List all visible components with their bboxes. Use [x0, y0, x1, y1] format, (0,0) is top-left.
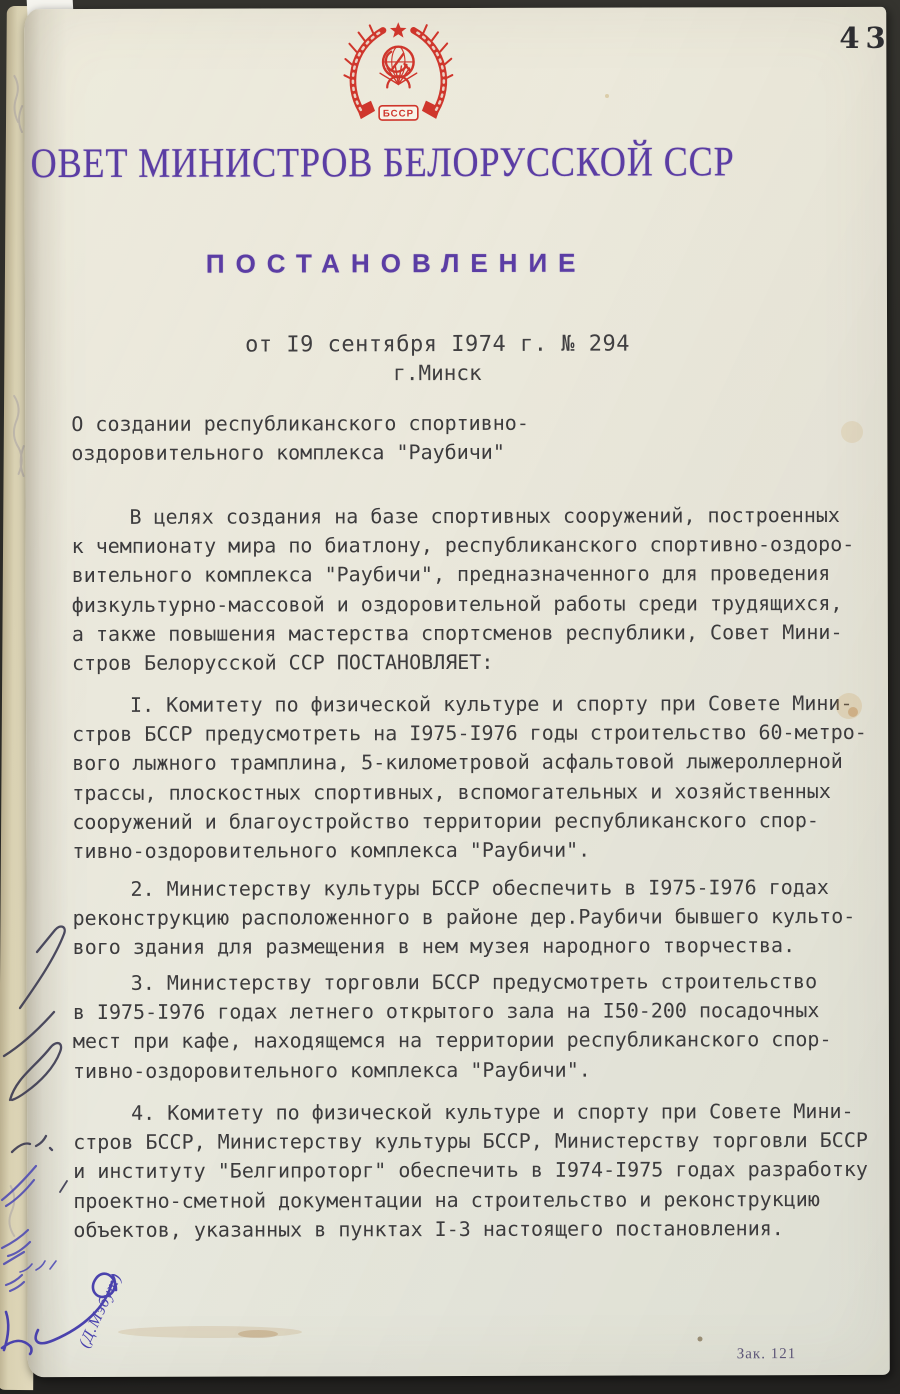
text-line: к чемпионату мира по биатлону, республик… [72, 530, 884, 561]
page-number: 43 [839, 21, 891, 55]
date-number-line: от I9 сентября I974 г. № 294 [245, 332, 630, 358]
document-page: 43 [24, 7, 890, 1377]
text-line: тивно-оздоровительного комплекса "Раубич… [72, 835, 884, 866]
document-type-heading: ПОСТАНОВЛЕНИЕ [206, 248, 587, 280]
text-line: и институту "Белгипроторг" обеспечить в … [73, 1155, 885, 1186]
text-line: 3. Министерству торговли БССР предусмотр… [73, 967, 885, 998]
text-line: вительного комплекса "Раубичи", предназн… [72, 559, 884, 590]
city-line: г.Минск [393, 361, 482, 385]
archival-scan: 43 [0, 0, 900, 1394]
organization-title: ОВЕТ МИНИСТРОВ БЕЛОРУССКОЙ ССР [31, 138, 735, 188]
text-line: стров БССР предусмотреть на I975-I976 го… [72, 718, 884, 749]
bssr-coat-of-arms-emblem: БССР [342, 20, 454, 126]
text-line: стров Белорусской ССР ПОСТАНОВЛЯЕТ: [72, 647, 884, 678]
text-line: в I975-I976 годах летнего открытого зала… [73, 996, 885, 1027]
text-line: объектов, указанных в пунктах I-3 настоя… [73, 1214, 885, 1245]
text-line: сооружений и благоустройство территории … [72, 806, 884, 837]
text-line: реконструкцию расположенного в районе де… [73, 902, 885, 933]
text-line: I. Комитету по физической культуре и спо… [72, 689, 884, 720]
text-line: физкультурно-массовой и оздоровительной … [72, 588, 884, 619]
text-line: О создании республиканского спортивно- [71, 408, 883, 439]
text-line: а также повышения мастерства спортсменов… [72, 618, 884, 649]
item-1-paragraph: I. Комитету по физической культуре и спо… [72, 689, 884, 866]
text-line: трассы, плоскостных спортивных, вспомога… [72, 776, 884, 807]
text-line: оздоровительного комплекса "Раубичи" [71, 437, 883, 468]
text-line: проектно-сметной документации на строите… [73, 1184, 885, 1215]
item-4-paragraph: 4. Комитету по физической культуре и спо… [73, 1097, 885, 1245]
star-icon [390, 22, 407, 37]
text-line: стров БССР, Министерству культуры БССР, … [73, 1126, 885, 1157]
item-3-paragraph: 3. Министерству торговли БССР предусмотр… [73, 967, 885, 1086]
text-line: 2. Министерству культуры БССР обеспечить… [72, 873, 884, 904]
text-line: тивно-оздоровительного комплекса "Раубич… [73, 1054, 885, 1085]
text-line: В целях создания на базе спортивных соор… [72, 501, 884, 532]
emblem-label: БССР [383, 108, 414, 119]
text-line: вого здания для размещения в нем музея н… [73, 931, 885, 962]
text-line: вого лыжного трамплина, 5-километровой а… [72, 747, 884, 778]
text-line: мест при кафе, находящемся на территории… [73, 1025, 885, 1056]
text-line: 4. Комитету по физической культуре и спо… [73, 1097, 885, 1128]
item-2-paragraph: 2. Министерству культуры БССР обеспечить… [72, 873, 884, 963]
subject-block: О создании республиканского спортивно-оз… [71, 408, 883, 469]
print-order-note: Зак. 121 [737, 1346, 797, 1363]
preamble-paragraph: В целях создания на базе спортивных соор… [72, 501, 884, 678]
